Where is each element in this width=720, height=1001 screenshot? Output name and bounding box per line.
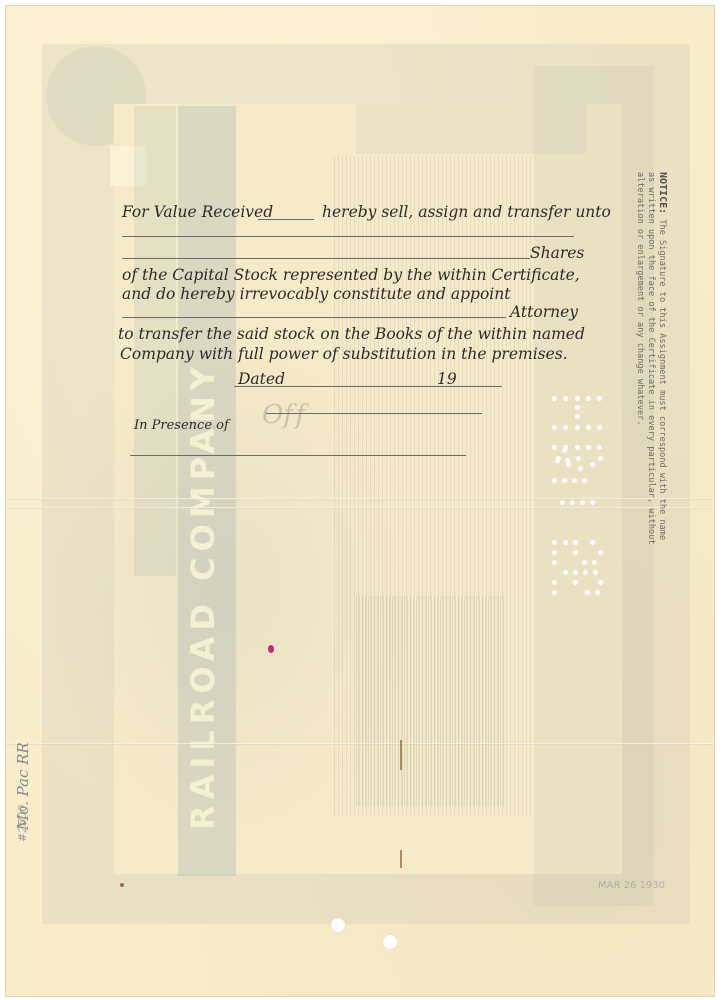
attorney-blank-line <box>122 317 506 318</box>
signature-blank-line <box>266 413 482 414</box>
signature-notice: NOTICE: The Signature to this Assignment… <box>608 172 668 592</box>
punch-hole-1 <box>331 918 345 932</box>
for-value-received-label: For Value Received <box>122 203 273 221</box>
in-presence-of-label: In Presence of <box>134 418 229 433</box>
assignee-blank-line <box>122 236 574 237</box>
pencil-note-number: #2500 <box>16 805 29 842</box>
attorney-label: Attorney <box>510 303 578 321</box>
fold-line-lower <box>6 743 714 745</box>
edge-tear-mark-2 <box>400 850 402 868</box>
bleed-through-body-text-lower <box>356 596 506 806</box>
appoint-line: and do hereby irrevocably constitute and… <box>122 285 510 303</box>
witness-blank-line <box>130 455 466 456</box>
year-prefix: 19 <box>437 370 457 388</box>
notice-line-3: alteration or enlargement or any change … <box>635 172 645 426</box>
substitution-line: Company with full power of substitution … <box>120 345 568 363</box>
notice-label: NOTICE: <box>657 172 668 214</box>
transfer-books-line: to transfer the said stock on the Books … <box>118 325 585 343</box>
bleed-through-title: RAILROAD COMPANY <box>184 336 230 856</box>
shares-blank-line <box>122 258 530 259</box>
spot-stain <box>120 883 124 887</box>
notice-line-1: The Signature to this Assignment must co… <box>657 219 667 540</box>
value-blank-line <box>258 219 314 220</box>
shares-label: Shares <box>530 244 584 262</box>
capital-stock-line: of the Capital Stock represented by the … <box>122 266 580 284</box>
ink-stain <box>268 645 274 653</box>
punch-hole-2 <box>383 935 397 949</box>
bleed-through-stamp: MAR 26 1930 <box>598 880 665 891</box>
edge-tear-mark <box>400 740 402 770</box>
transfer-clause: hereby sell, assign and transfer unto <box>322 203 611 221</box>
bleed-through-signature: Of f <box>262 400 305 430</box>
date-blank-line <box>234 386 502 387</box>
notice-line-2: as written upon the face of the Certific… <box>646 172 656 545</box>
